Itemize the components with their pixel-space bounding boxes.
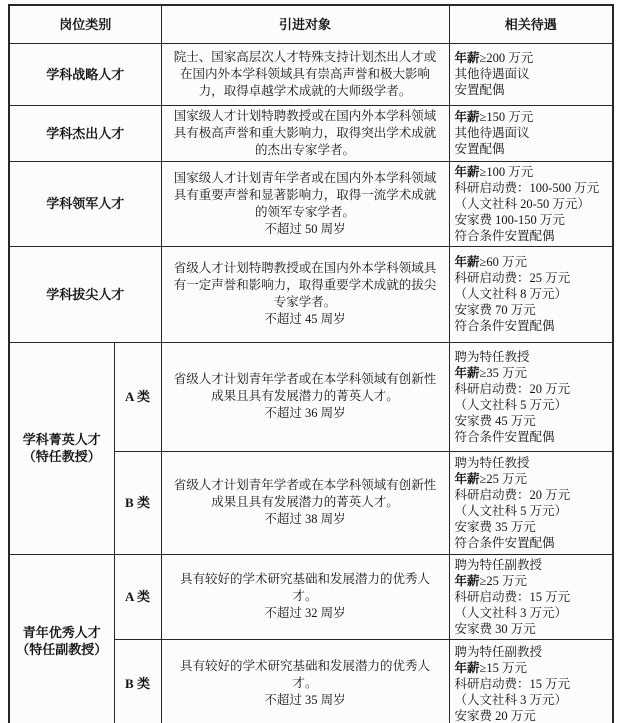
treatment-line: 科研启动费：25 万元 (455, 270, 611, 286)
treatment-line: 安家费 45 万元 (455, 413, 611, 429)
category-group-cell: 青年优秀人才 （特任副教授） (9, 554, 114, 723)
treatment-line: （人文社科 3 万元） (455, 605, 611, 621)
treatment-line: 其他待遇面议 (455, 66, 611, 82)
treatment-line: 安家费 70 万元 (455, 302, 611, 318)
target-cell: 省级人才计划青年学者或在本学科领域有创新性成果且具有发展潜力的菁英人才。 不超过… (161, 451, 449, 554)
class-cell: A 类 (114, 342, 161, 451)
treatment-line: 符合条件安置配偶 (455, 318, 611, 334)
treatment-line: 聘为特任副教授 (455, 644, 611, 660)
treatment-cell: 聘为特任教授年薪≥35 万元科研启动费：20 万元（人文社科 5 万元）安家费 … (449, 342, 613, 451)
treatment-line: 科研启动费：20 万元 (455, 487, 611, 503)
header-target: 引进对象 (161, 5, 449, 43)
group-name: 青年优秀人才 (10, 624, 114, 641)
table-row: 学科杰出人才 国家级人才计划特聘教授或在国内外本学科领域具有极高声誉和重大影响力… (9, 105, 613, 161)
treatment-cell: 年薪≥200 万元其他待遇面议安置配偶 (449, 43, 613, 105)
age-limit: 不超过 32 周岁 (169, 605, 442, 622)
treatment-cell: 年薪≥150 万元其他待遇面议安置配偶 (449, 105, 613, 161)
target-text: 省级人才计划青年学者或在本学科领域有创新性成果且具有发展潜力的菁英人才。 (169, 477, 442, 511)
category-cell: 学科领军人才 (9, 161, 161, 246)
treatment-line: 年薪≥25 万元 (455, 573, 611, 589)
treatment-line: （人文社科 3 万元） (455, 692, 611, 708)
target-text: 国家级人才计划青年学者或在国内外本学科领域具有重要声誉和显著影响力，取得一流学术… (169, 170, 442, 221)
treatment-cell: 聘为特任教授年薪≥25 万元科研启动费：20 万元（人文社科 5 万元）安家费 … (449, 451, 613, 554)
target-text: 具有较好的学术研究基础和发展潜力的优秀人才。 (169, 658, 442, 692)
category-cell: 学科战略人才 (9, 43, 161, 105)
target-cell: 国家级人才计划特聘教授或在国内外本学科领域具有极高声誉和重大影响力，取得突出学术… (161, 105, 449, 161)
treatment-line: 聘为特任副教授 (455, 557, 611, 573)
age-limit: 不超过 36 周岁 (169, 405, 442, 422)
treatment-line: 科研启动费：100-500 万元 (455, 180, 611, 196)
target-text: 省级人才计划青年学者或在本学科领域有创新性成果且具有发展潜力的菁英人才。 (169, 371, 442, 405)
treatment-line: 聘为特任教授 (455, 455, 611, 471)
treatment-line: 安家费 35 万元 (455, 519, 611, 535)
age-limit: 不超过 50 周岁 (169, 221, 442, 238)
group-title: （特任教授） (10, 448, 114, 465)
target-cell: 具有较好的学术研究基础和发展潜力的优秀人才。 不超过 32 周岁 (161, 554, 449, 639)
treatment-line: 年薪≥200 万元 (455, 50, 611, 66)
treatment-line: 安家费 100-150 万元 (455, 212, 611, 228)
treatment-line: 聘为特任教授 (455, 349, 611, 365)
target-cell: 具有较好的学术研究基础和发展潜力的优秀人才。 不超过 35 周岁 (161, 639, 449, 723)
category-cell: 学科杰出人才 (9, 105, 161, 161)
treatment-line: 科研启动费：15 万元 (455, 676, 611, 692)
header-category: 岗位类别 (9, 5, 161, 43)
treatment-line: 年薪≥150 万元 (455, 109, 611, 125)
age-limit: 不超过 35 周岁 (169, 692, 442, 709)
treatment-line: 符合条件安置配偶 (455, 429, 611, 445)
target-text: 院士、国家高层次人才特殊支持计划杰出人才或在国内外本学科领域具有崇高声誉和极大影… (169, 49, 442, 100)
treatment-line: （人文社科 5 万元） (455, 503, 611, 519)
target-cell: 省级人才计划青年学者或在本学科领域有创新性成果且具有发展潜力的菁英人才。 不超过… (161, 342, 449, 451)
page: 岗位类别 引进对象 相关待遇 学科战略人才 院士、国家高层次人才特殊支持计划杰出… (0, 0, 620, 723)
target-cell: 院士、国家高层次人才特殊支持计划杰出人才或在国内外本学科领域具有崇高声誉和极大影… (161, 43, 449, 105)
table-header-row: 岗位类别 引进对象 相关待遇 (9, 5, 613, 43)
target-text: 具有较好的学术研究基础和发展潜力的优秀人才。 (169, 571, 442, 605)
treatment-line: 符合条件安置配偶 (455, 535, 611, 551)
treatment-line: 安家费 30 万元 (455, 621, 611, 637)
treatment-line: 年薪≥60 万元 (455, 254, 611, 270)
target-text: 省级人才计划特聘教授或在国内外本学科领域具有一定声誉和影响力，取得重要学术成就的… (169, 260, 442, 311)
group-title: （特任副教授） (10, 641, 114, 658)
table-row: 学科战略人才 院士、国家高层次人才特殊支持计划杰出人才或在国内外本学科领域具有崇… (9, 43, 613, 105)
treatment-line: 年薪≥100 万元 (455, 164, 611, 180)
treatment-cell: 聘为特任副教授年薪≥15 万元科研启动费：15 万元（人文社科 3 万元）安家费… (449, 639, 613, 723)
treatment-line: 年薪≥35 万元 (455, 365, 611, 381)
class-cell: A 类 (114, 554, 161, 639)
treatment-line: 符合条件安置配偶 (455, 228, 611, 244)
treatment-cell: 年薪≥60 万元科研启动费：25 万元（人文社科 8 万元）安家费 70 万元符… (449, 246, 613, 342)
treatment-line: 其他待遇面议 (455, 125, 611, 141)
class-cell: B 类 (114, 451, 161, 554)
treatment-line: （人文社科 20-50 万元） (455, 196, 611, 212)
table-row: 学科领军人才 国家级人才计划青年学者或在国内外本学科领域具有重要声誉和显著影响力… (9, 161, 613, 246)
treatment-line: 科研启动费：20 万元 (455, 381, 611, 397)
treatment-line: （人文社科 5 万元） (455, 397, 611, 413)
group-name: 学科菁英人才 (10, 431, 114, 448)
treatment-line: 年薪≥25 万元 (455, 471, 611, 487)
treatment-line: 安家费 20 万元 (455, 708, 611, 723)
treatment-cell: 聘为特任副教授年薪≥25 万元科研启动费：15 万元（人文社科 3 万元）安家费… (449, 554, 613, 639)
target-text: 国家级人才计划特聘教授或在国内外本学科领域具有极高声誉和重大影响力，取得突出学术… (169, 108, 442, 159)
treatment-cell: 年薪≥100 万元科研启动费：100-500 万元（人文社科 20-50 万元）… (449, 161, 613, 246)
header-treatment: 相关待遇 (449, 5, 613, 43)
class-cell: B 类 (114, 639, 161, 723)
treatment-line: 安置配偶 (455, 82, 611, 98)
target-cell: 国家级人才计划青年学者或在国内外本学科领域具有重要声誉和显著影响力，取得一流学术… (161, 161, 449, 246)
table-row: 青年优秀人才 （特任副教授） A 类 具有较好的学术研究基础和发展潜力的优秀人才… (9, 554, 613, 639)
table-row: 学科拔尖人才 省级人才计划特聘教授或在国内外本学科领域具有一定声誉和影响力，取得… (9, 246, 613, 342)
talent-recruitment-table: 岗位类别 引进对象 相关待遇 学科战略人才 院士、国家高层次人才特殊支持计划杰出… (8, 4, 614, 723)
treatment-line: （人文社科 8 万元） (455, 286, 611, 302)
treatment-line: 科研启动费：15 万元 (455, 589, 611, 605)
age-limit: 不超过 38 周岁 (169, 511, 442, 528)
target-cell: 省级人才计划特聘教授或在国内外本学科领域具有一定声誉和影响力，取得重要学术成就的… (161, 246, 449, 342)
age-limit: 不超过 45 周岁 (169, 311, 442, 328)
category-cell: 学科拔尖人才 (9, 246, 161, 342)
treatment-line: 年薪≥15 万元 (455, 660, 611, 676)
category-group-cell: 学科菁英人才 （特任教授） (9, 342, 114, 554)
table-row: 学科菁英人才 （特任教授） A 类 省级人才计划青年学者或在本学科领域有创新性成… (9, 342, 613, 451)
treatment-line: 安置配偶 (455, 141, 611, 157)
